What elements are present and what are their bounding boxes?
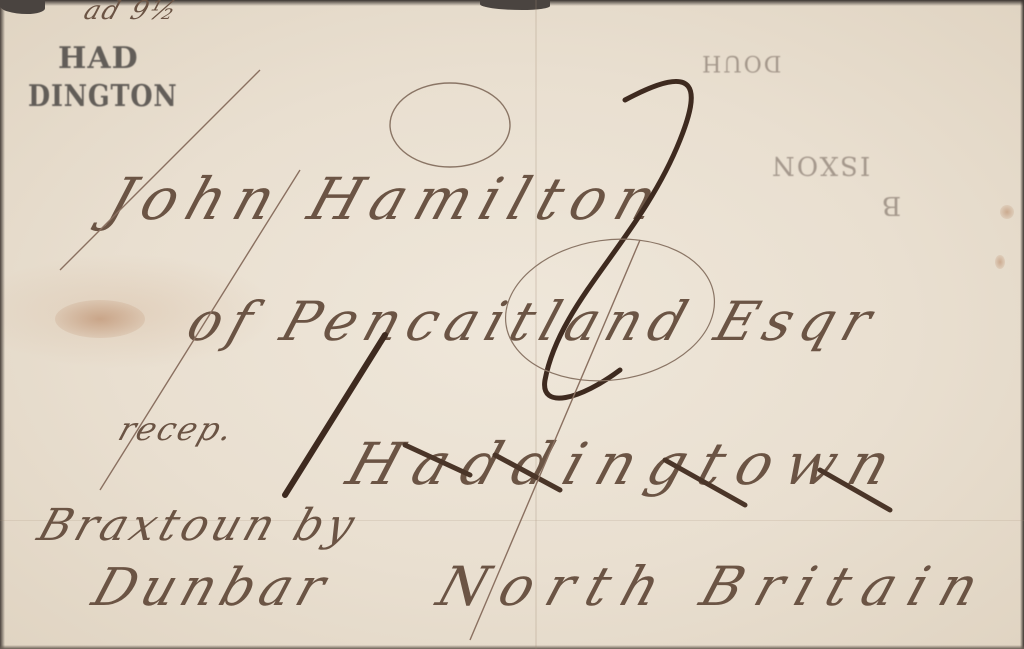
rate-mark-1 <box>285 335 385 495</box>
flourish-loop <box>390 83 510 167</box>
letter-cover-photo: HAD DINGTON DOUH ISXON B ad 9½ John Hami… <box>0 0 1024 649</box>
rate-marks <box>0 0 1024 649</box>
crossed-strokes <box>405 445 890 510</box>
rate-mark-2 <box>545 81 692 398</box>
